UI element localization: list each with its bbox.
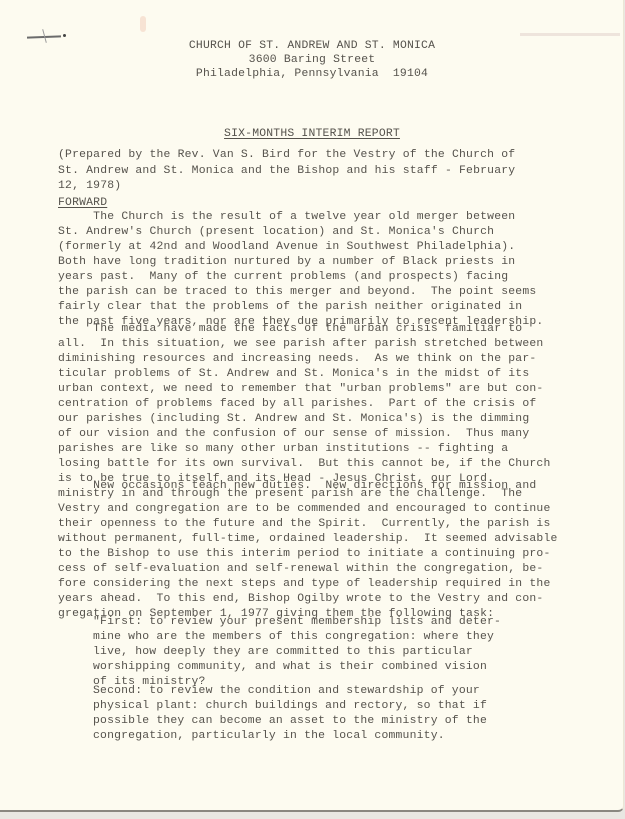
paragraph-line: years past. Many of the current problems…	[58, 270, 508, 285]
quote-line: Second: to review the condition and stew…	[93, 684, 480, 699]
paragraph-line: Vestry and congregation are to be commen…	[58, 502, 551, 517]
letterhead-name: CHURCH OF ST. ANDREW AND ST. MONICA	[0, 39, 624, 54]
paragraph-line: our parishes (including St. Andrew and S…	[58, 412, 529, 427]
paragraph-line: urban context, we need to remember that …	[58, 382, 543, 397]
report-title: SIX-MONTHS INTERIM REPORT	[0, 127, 624, 142]
paragraph-line: parishes are like so many other urban in…	[58, 442, 508, 457]
paragraph-line: losing battle for its own survival. But …	[58, 457, 551, 472]
paragraph-line: to the Bishop to use this interim period…	[58, 547, 551, 562]
paragraph-line: without permanent, full-time, ordained l…	[58, 532, 558, 547]
section-heading: FORWARD	[58, 196, 107, 211]
paragraph-line: ministry in and through the present pari…	[58, 487, 522, 502]
quote-line: congregation, particularly in the local …	[93, 729, 445, 744]
preface-line: 12, 1978)	[58, 179, 121, 194]
paragraph-line: St. Andrew's Church (present location) a…	[58, 225, 494, 240]
quote-line: worshipping community, and what is their…	[93, 660, 487, 675]
paragraph-line: cess of self-evaluation and self-renewal…	[58, 562, 543, 577]
paragraph-line: of our vision and the confusion of our s…	[58, 427, 529, 442]
paragraph-line: The media have made the facts of the urb…	[58, 322, 522, 337]
paragraph-line: (formerly at 42nd and Woodland Avenue in…	[58, 240, 515, 255]
quote-line: physical plant: church buildings and rec…	[93, 699, 487, 714]
quote-line: mine who are the members of this congreg…	[93, 630, 494, 645]
paragraph-line: Both have long tradition nurtured by a n…	[58, 255, 515, 270]
preface-line: St. Andrew and St. Monica and the Bishop…	[58, 164, 515, 179]
letterhead-city: Philadelphia, Pennsylvania 19104	[0, 67, 624, 82]
quote-line: possible they can become an asset to the…	[93, 714, 487, 729]
paragraph-line: ticular problems of St. Andrew and St. M…	[58, 367, 529, 382]
paragraph-line: their openness to the future and the Spi…	[58, 517, 551, 532]
paragraph-line: centration of problems faced by all pari…	[58, 397, 536, 412]
letterhead-street: 3600 Baring Street	[0, 53, 624, 68]
paper-streak	[520, 33, 620, 36]
paragraph-line: diminishing resources and increasing nee…	[58, 352, 536, 367]
document-page: CHURCH OF ST. ANDREW AND ST. MONICA 3600…	[0, 0, 624, 812]
preface-line: (Prepared by the Rev. Van S. Bird for th…	[58, 148, 515, 163]
paragraph-line: fairly clear that the problems of the pa…	[58, 300, 522, 315]
paragraph-line: fore considering the next steps and type…	[58, 577, 551, 592]
paragraph-line: the parish can be traced to this merger …	[58, 285, 536, 300]
quote-line: "First: to review your present membershi…	[93, 615, 501, 630]
paragraph-line: all. In this situation, we see parish af…	[58, 337, 543, 352]
pen-mark-dot	[63, 34, 66, 37]
paragraph-line: The Church is the result of a twelve yea…	[58, 210, 515, 225]
quote-line: live, how deeply they are committed to t…	[93, 645, 473, 660]
paragraph-line: years ahead. To this end, Bishop Ogilby …	[58, 592, 543, 607]
paper-stain	[140, 16, 146, 32]
